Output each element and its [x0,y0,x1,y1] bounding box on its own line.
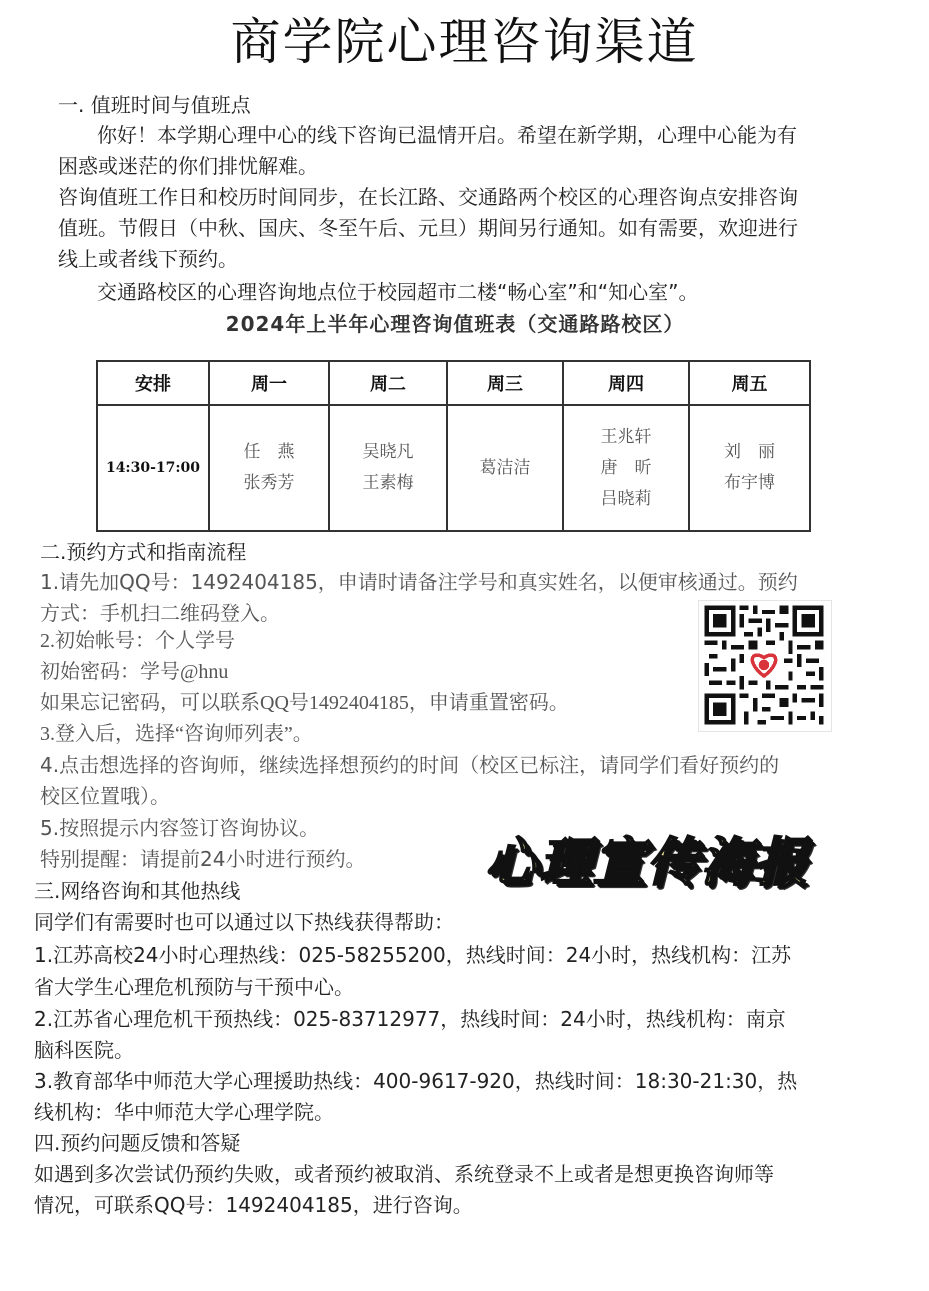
counselor-name: 葛洁洁 [448,453,562,484]
section2-line: 初始密码：学号@hnu [40,657,228,687]
section1-line: 交通路校区的心理咨询地点位于校园超市二楼“畅心室”和“知心室”。 [97,277,698,307]
section4-heading: 四.预约问题反馈和答疑 [34,1128,240,1158]
section1-line: 你好！本学期心理中心的线下咨询已温情开启。希望在新学期，心理中心能为有 [97,120,797,150]
section3-line: 线机构：华中师范大学心理学院。 [34,1097,334,1127]
counselor-name: 王兆轩 [564,422,688,453]
qr-code-icon[interactable] [698,600,832,732]
counselor-name: 任 燕 [210,437,328,468]
header-wednesday: 周三 [447,361,563,405]
section2-heading: 二.预约方式和指南流程 [40,537,246,567]
section4-line: 情况，可联系QQ号：1492404185，进行咨询。 [34,1190,473,1220]
section4-line: 如遇到多次尝试仍预约失败，或者预约被取消、系统登录不上或者是想更换咨询师等 [34,1159,774,1189]
schedule-row: 14:30-17:00 任 燕 张秀芳 吴晓凡 王素梅 葛洁洁 王兆轩 唐 昕 … [97,405,810,531]
header-monday: 周一 [209,361,329,405]
tuesday-cell: 吴晓凡 王素梅 [329,405,447,531]
thursday-cell: 王兆轩 唐 昕 吕晓莉 [563,405,689,531]
section3-line: 2.江苏省心理危机干预热线：025-83712977，热线时间：24小时，热线机… [34,1004,786,1034]
counselor-name: 唐 昕 [564,453,688,484]
section2-line: 2.初始帐号：个人学号 [40,626,235,656]
section2-line: 特别提醒：请提前24小时进行预约。 [40,844,365,874]
section1-line: 困惑或迷茫的你们排忧解难。 [58,151,318,181]
header-thursday: 周四 [563,361,689,405]
section2-line: 5.按照提示内容签订咨询协议。 [40,813,319,843]
time-slot: 14:30-17:00 [97,405,209,531]
page-title: 商学院心理咨询渠道 [0,10,929,74]
header-friday: 周五 [689,361,810,405]
section1-line: 咨询值班工作日和校历时间同步，在长江路、交通路两个校区的心理咨询点安排咨询 [58,182,798,212]
section1-heading: 一. 值班时间与值班点 [58,90,251,120]
wednesday-cell: 葛洁洁 [447,405,563,531]
section3-line: 3.教育部华中师范大学心理援助热线：400-9617-920，热线时间：18:3… [34,1066,797,1096]
section1-line: 值班。节假日（中秋、国庆、冬至午后、元旦）期间另行通知。如有需要，欢迎进行 [58,213,798,243]
counselor-name: 刘 丽 [690,437,809,468]
section2-line: 3.登入后，选择“咨询师列表”。 [40,719,313,749]
section3-heading: 三.网络咨询和其他热线 [34,876,240,906]
schedule-header-row: 安排 周一 周二 周三 周四 周五 [97,361,810,405]
header-arrangement: 安排 [97,361,209,405]
counselor-name: 张秀芳 [210,468,328,499]
section2-line: 方式：手机扫二维码登入。 [40,598,280,628]
section2-line: 4.点击想选择的咨询师，继续选择想预约的时间（校区已标注，请同学们看好预约的 [40,750,779,780]
section1-line: 线上或者线下预约。 [58,244,238,274]
section3-line: 脑科医院。 [34,1035,134,1065]
friday-cell: 刘 丽 布宇博 [689,405,810,531]
counselor-name: 王素梅 [330,468,446,499]
monday-cell: 任 燕 张秀芳 [209,405,329,531]
schedule-title: 2024年上半年心理咨询值班表（交通路路校区） [90,308,820,337]
counselor-name: 吕晓莉 [564,484,688,515]
section3-line: 同学们有需要时也可以通过以下热线获得帮助： [34,907,454,937]
header-tuesday: 周二 [329,361,447,405]
counselor-name: 布宇博 [690,468,809,499]
poster-banner: 心理宣传海报 [485,820,809,895]
schedule-table: 安排 周一 周二 周三 周四 周五 14:30-17:00 任 燕 张秀芳 吴晓… [96,360,811,532]
counselor-name: 吴晓凡 [330,437,446,468]
section3-line: 1.江苏高校24小时心理热线：025-58255200，热线时间：24小时，热线… [34,940,791,970]
section3-line: 省大学生心理危机预防与干预中心。 [34,972,354,1002]
section2-line: 校区位置哦）。 [40,781,170,811]
section2-line: 1.请先加QQ号：1492404185，申请时请备注学号和真实姓名，以便审核通过… [40,567,798,597]
section2-line: 如果忘记密码，可以联系QQ号1492404185，申请重置密码。 [40,688,569,718]
